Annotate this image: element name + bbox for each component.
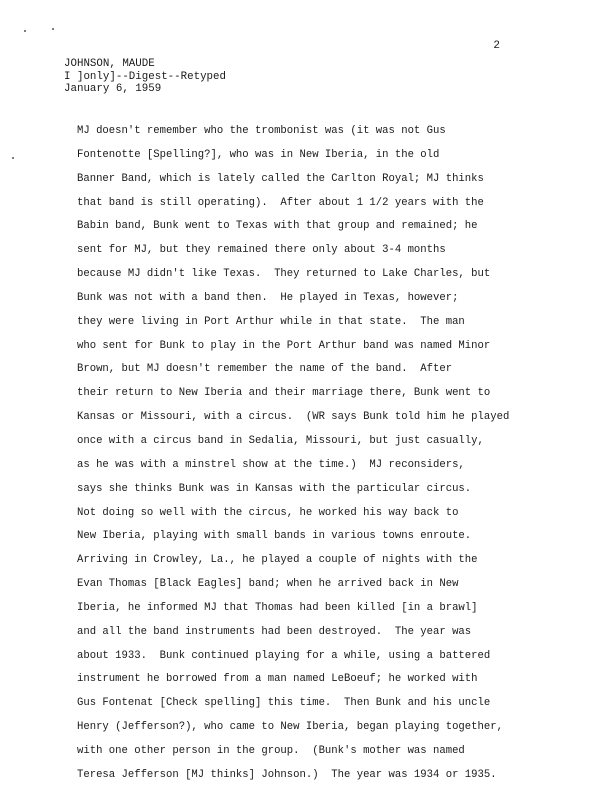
text-line: instrument he borrowed from a man named … [77,668,509,692]
text-line: their return to New Iberia and their mar… [77,382,509,406]
text-line: Brown, but MJ doesn't remember the name … [77,358,509,382]
text-line: Banner Band, which is lately called the … [77,168,509,192]
scan-speck [12,157,14,159]
text-line: says she thinks Bunk was in Kansas with … [77,478,509,502]
digest-body: MJ doesn't remember who the trombonist w… [77,120,509,788]
text-line: Babin band, Bunk went to Texas with that… [77,215,509,239]
text-line: sent for MJ, but they remained there onl… [77,239,509,263]
text-line: Bunk was not with a band then. He played… [77,287,509,311]
text-line: Henry (Jefferson?), who came to New Iber… [77,716,509,740]
page-number: 2 [420,40,500,52]
scan-speck [24,30,26,32]
text-line: as he was with a minstrel show at the ti… [77,454,509,478]
text-line: Iberia, he informed MJ that Thomas had b… [77,597,509,621]
text-line: that band is still operating). After abo… [77,192,509,216]
text-line: because MJ didn't like Texas. They retur… [77,263,509,287]
text-line: Evan Thomas [Black Eagles] band; when he… [77,573,509,597]
text-line: about 1933. Bunk continued playing for a… [77,645,509,669]
document-header: JOHNSON, MAUDE I ]only]--Digest--Retyped… [64,58,226,96]
text-line: Not doing so well with the circus, he wo… [77,502,509,526]
text-line: Arriving in Crowley, La., he played a co… [77,549,509,573]
reel-info: I ]only]--Digest--Retyped [64,71,226,84]
interview-date: January 6, 1959 [64,83,226,96]
text-line: New Iberia, playing with small bands in … [77,525,509,549]
text-line: they were living in Port Arthur while in… [77,311,509,335]
interviewee-name: JOHNSON, MAUDE [64,58,226,71]
text-line: Kansas or Missouri, with a circus. (WR s… [77,406,509,430]
text-line: who sent for Bunk to play in the Port Ar… [77,335,509,359]
text-line: and all the band instruments had been de… [77,621,509,645]
text-line: Fontenotte [Spelling?], who was in New I… [77,144,509,168]
text-line: MJ doesn't remember who the trombonist w… [77,120,509,144]
text-line: once with a circus band in Sedalia, Miss… [77,430,509,454]
scan-speck [52,28,54,30]
text-line: Teresa Jefferson [MJ thinks] Johnson.) T… [77,764,509,788]
text-line: with one other person in the group. (Bun… [77,740,509,764]
text-line: Gus Fontenat [Check spelling] this time.… [77,692,509,716]
